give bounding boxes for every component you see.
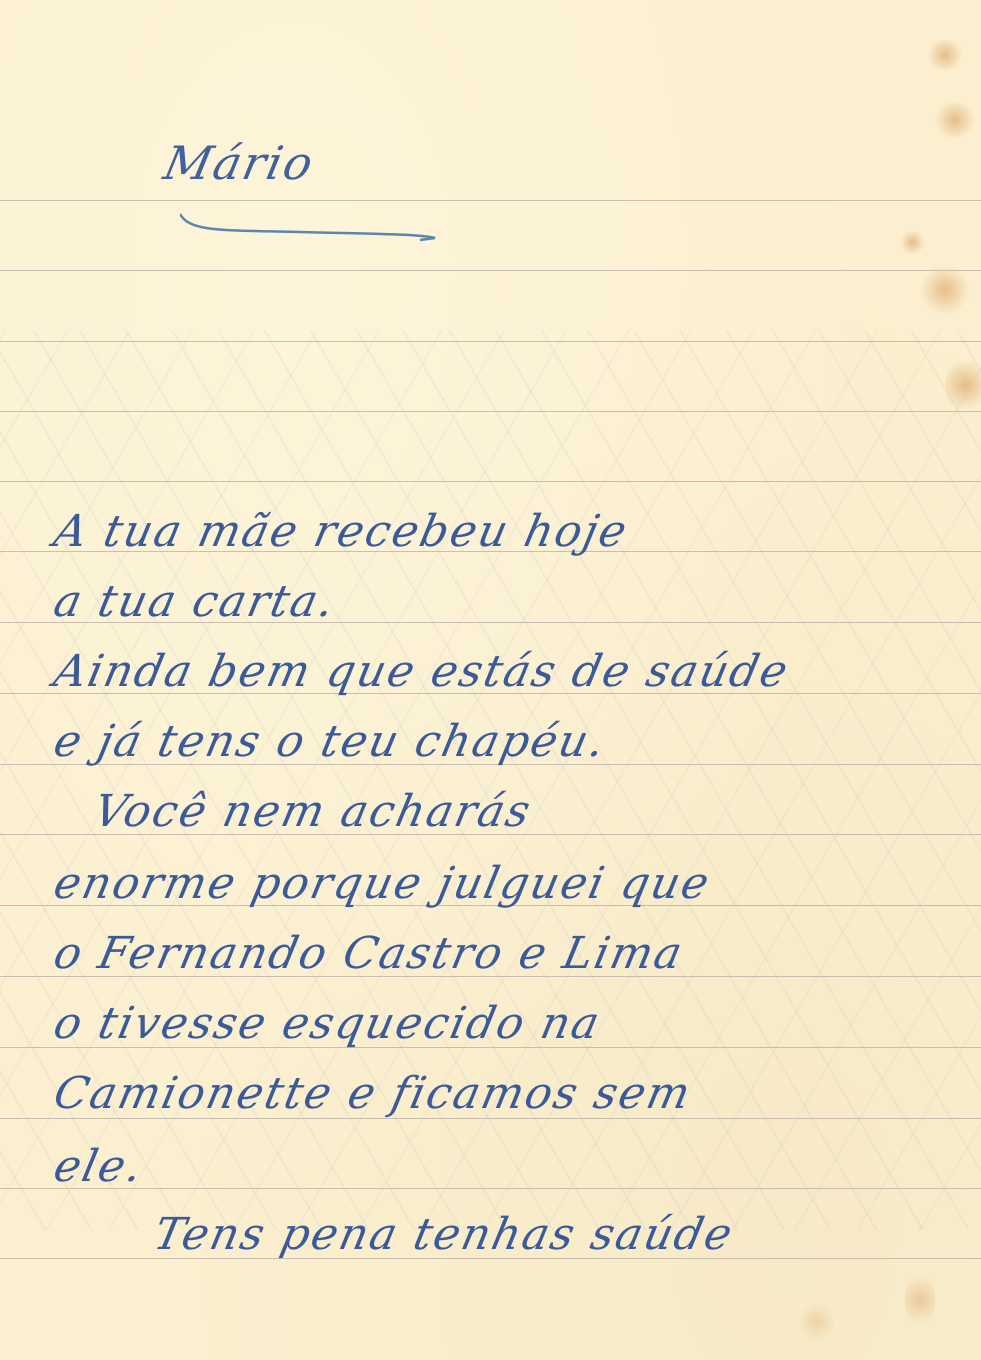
salutation-flourish (180, 212, 440, 242)
letter-line: Camionette e ficamos sem (50, 1072, 696, 1116)
foxing-stain (945, 355, 981, 415)
ink-drop-stain (800, 1300, 834, 1344)
letter-line: enorme porque julguei que (50, 862, 714, 906)
ruled-line (0, 1188, 981, 1189)
letter-line: A tua mãe recebeu hoje (50, 510, 632, 554)
foxing-stain (900, 230, 925, 255)
letter-line: ele. (50, 1145, 147, 1189)
ruled-line (0, 341, 981, 342)
letter-line: a tua carta. (50, 580, 340, 624)
letter-line: Ainda bem que estás de saúde (50, 650, 793, 694)
letter-line: Tens pena tenhas saúde (150, 1213, 738, 1257)
ruled-line (0, 200, 981, 201)
letter-line: o tivesse esquecido na (50, 1002, 605, 1046)
salutation: Mário (160, 140, 319, 186)
foxing-stain (920, 265, 970, 315)
ruled-line (0, 270, 981, 271)
foxing-stain (935, 100, 975, 140)
letter-line: e já tens o teu chapéu. (50, 720, 610, 764)
letter-line: Você nem acharás (90, 790, 536, 834)
ruled-line (0, 411, 981, 412)
foxing-stain (905, 1270, 935, 1330)
foxing-stain (925, 40, 965, 70)
ruled-line (0, 481, 981, 482)
letter-line: o Fernando Castro e Lima (50, 932, 688, 976)
